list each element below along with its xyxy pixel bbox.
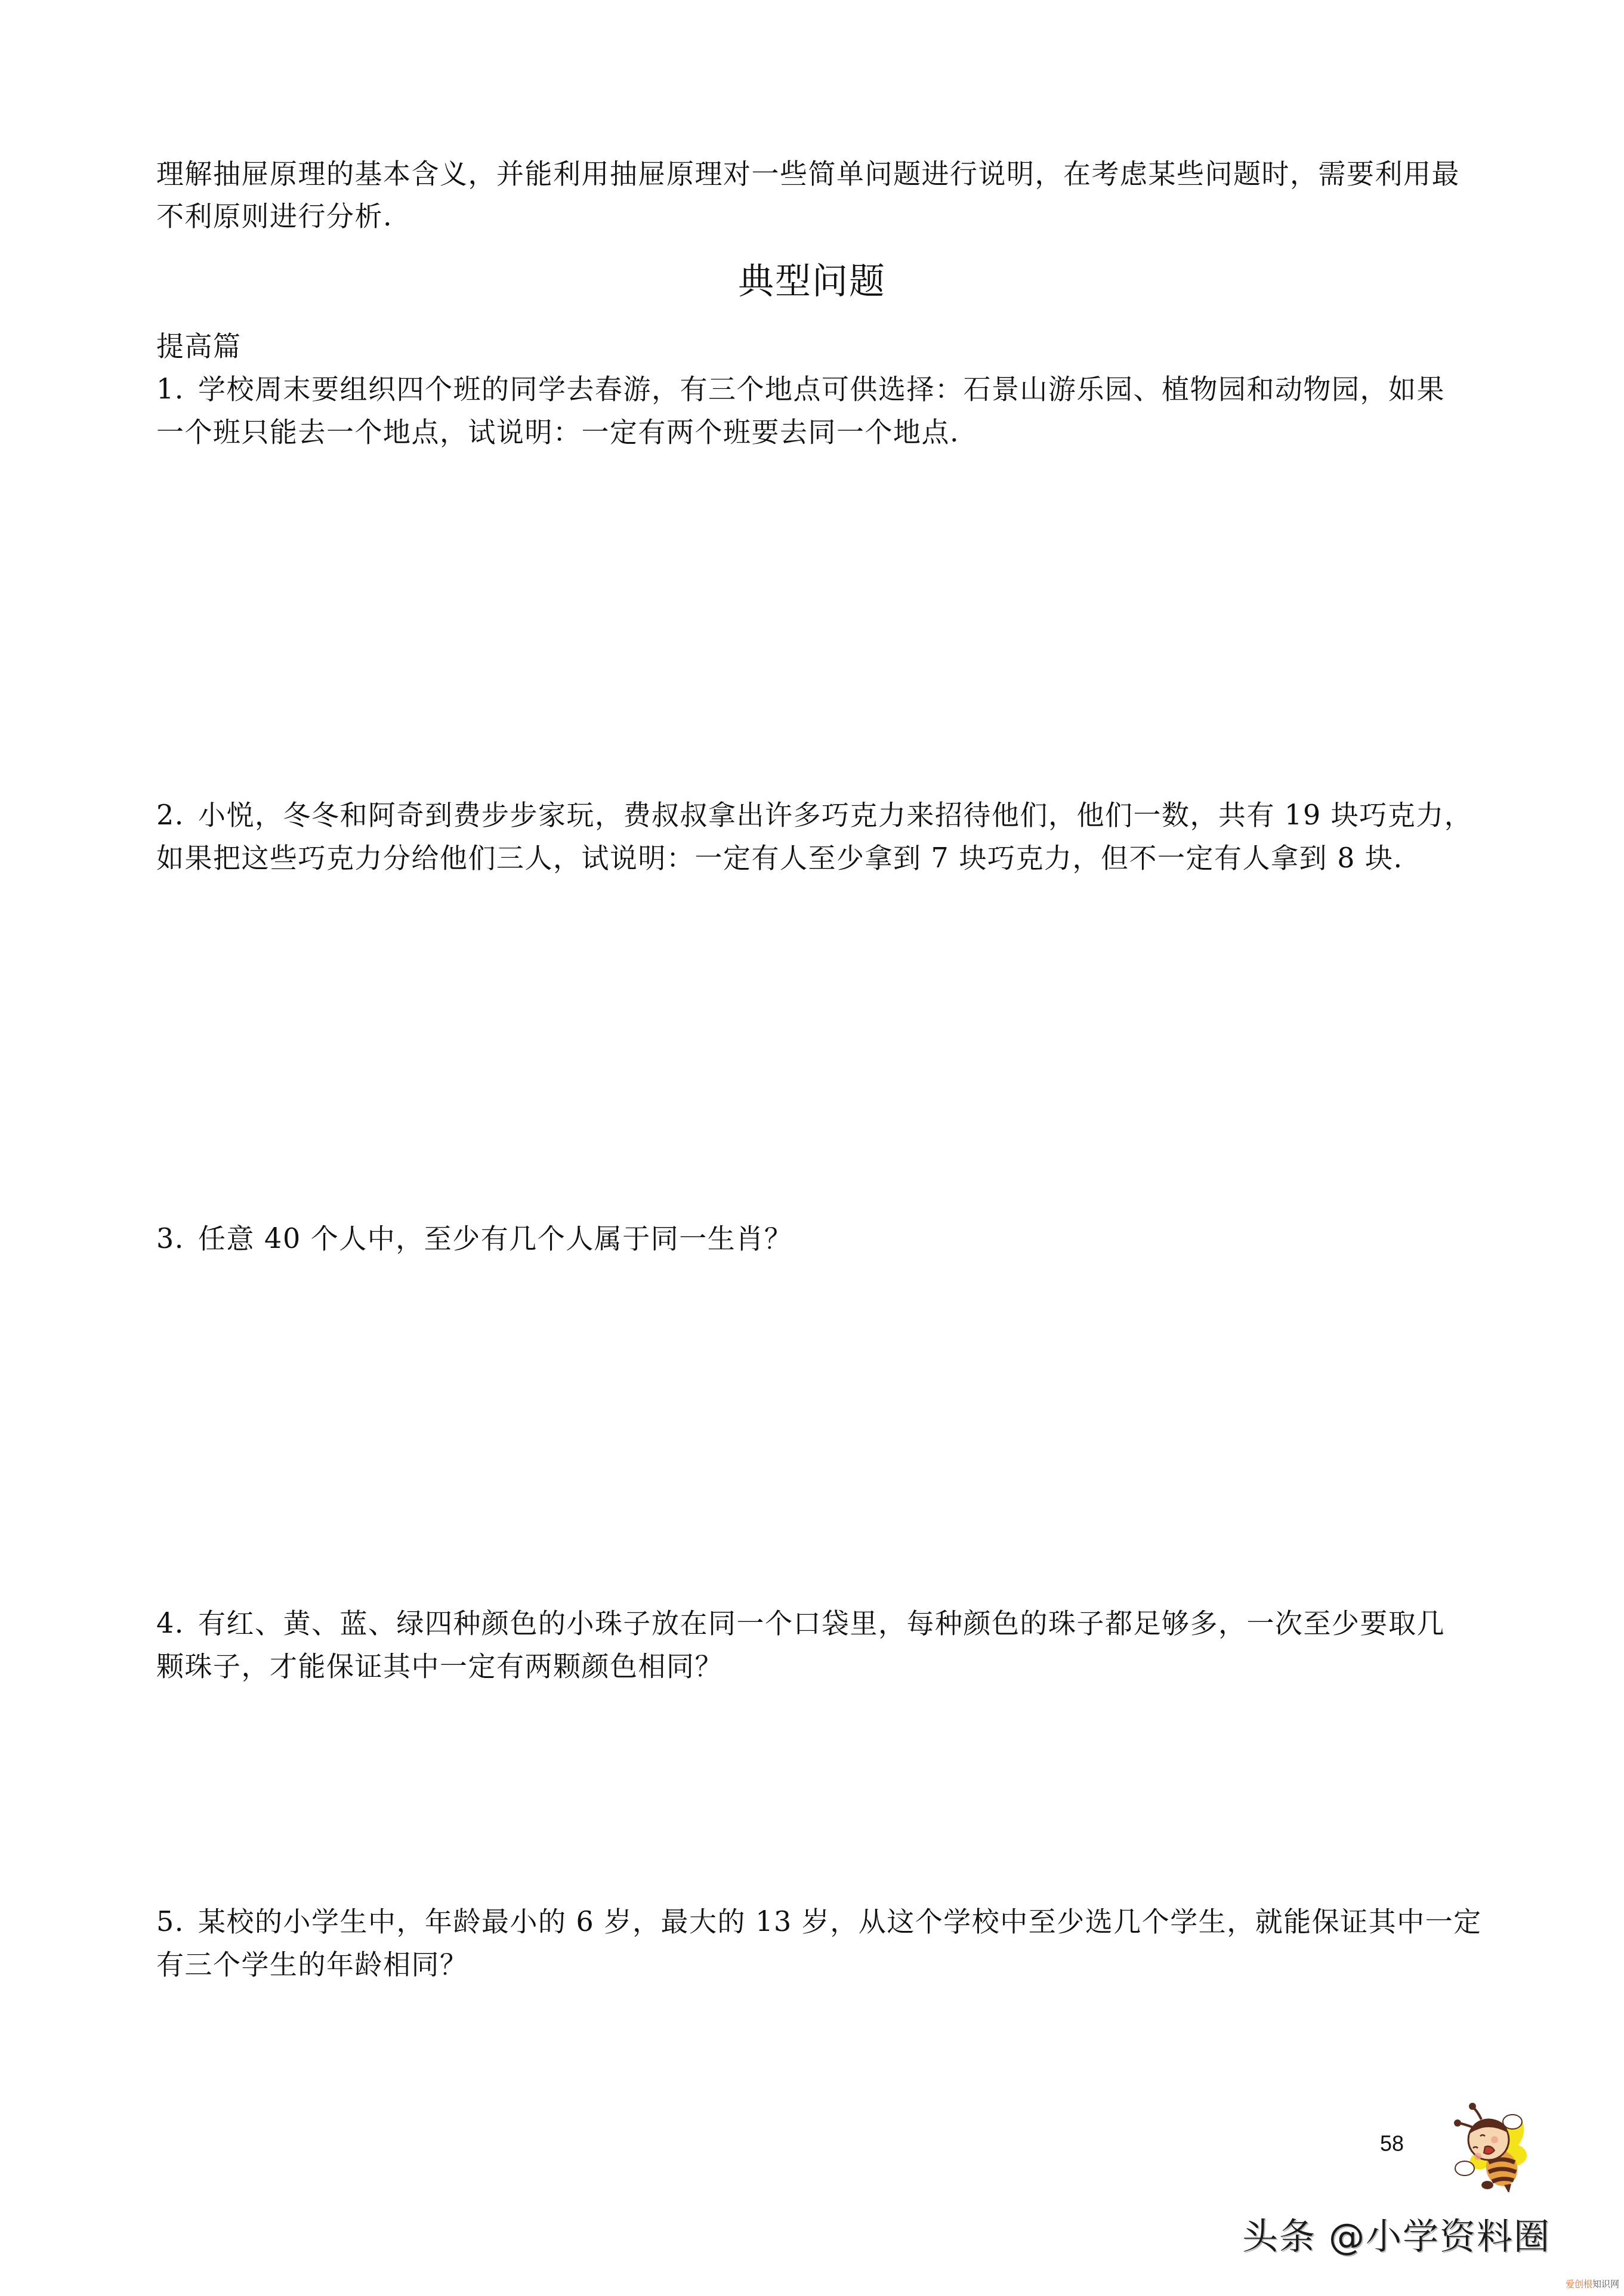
question-4-text: 有红、黄、蓝、绿四种颜色的小珠子放在同一个口袋里，每种颜色的珠子都足够多，一次至… <box>198 1607 1445 1639</box>
site-name: 知识网 <box>1592 2279 1619 2289</box>
question-2-text: 小悦，冬冬和阿奇到费步步家玩，费叔叔拿出许多巧克力来招待他们，他们一数，共有 1… <box>198 799 1472 831</box>
question-1-text: 学校周末要组织四个班的同学去春游，有三个地点可供选择：石景山游乐园、植物园和动物… <box>198 373 1445 405</box>
question-3-text: 任意 40 个人中，至少有几个人属于同一生肖？ <box>198 1222 792 1254</box>
question-1-number: 1. <box>156 372 198 406</box>
question-4-number: 4. <box>156 1606 198 1640</box>
question-5-number: 5. <box>156 1905 198 1938</box>
question-5-line-1: 5.某校的小学生中，年龄最小的 6 岁，最大的 13 岁，从这个学校中至少选几个… <box>156 1905 1482 1938</box>
question-2-line-1: 2.小悦，冬冬和阿奇到费步步家玩，费叔叔拿出许多巧克力来招待他们，他们一数，共有… <box>156 798 1472 832</box>
question-3-number: 3. <box>156 1222 198 1255</box>
question-4-line-2: 颗珠子，才能保证其中一定有两颗颜色相同？ <box>156 1649 723 1683</box>
question-5-text: 某校的小学生中，年龄最小的 6 岁，最大的 13 岁，从这个学校中至少选几个学生… <box>198 1905 1482 1937</box>
question-1-line-1: 1.学校周末要组织四个班的同学去春游，有三个地点可供选择：石景山游乐园、植物园和… <box>156 372 1445 406</box>
site-watermark: 爱创根知识网 <box>1566 2278 1619 2291</box>
question-2-line-2: 如果把这些巧克力分给他们三人，试说明：一定有人至少拿到 7 块巧克力，但不一定有… <box>156 841 1403 874</box>
question-2-number: 2. <box>156 798 198 832</box>
intro-line-2: 不利原则进行分析. <box>156 199 393 233</box>
watermark-text: 头条 @小学资料圈 <box>1242 2216 1551 2258</box>
question-3-line-1: 3.任意 40 个人中，至少有几个人属于同一生肖？ <box>156 1222 792 1255</box>
document-page: 理解抽屉原理的基本含义，并能利用抽屉原理对一些简单问题进行说明，在考虑某些问题时… <box>0 0 1624 2296</box>
intro-line-1: 理解抽屉原理的基本含义，并能利用抽屉原理对一些简单问题进行说明，在考虑某些问题时… <box>156 157 1460 190</box>
section-heading: 提高篇 <box>156 329 242 363</box>
site-brand: 爱创根 <box>1566 2279 1592 2289</box>
bee-mascot-icon <box>1447 2097 1536 2192</box>
page-title: 典型问题 <box>0 258 1624 305</box>
question-1-line-2: 一个班只能去一个地点，试说明：一定有两个班要去同一个地点. <box>156 415 959 449</box>
page-number: 58 <box>1380 2132 1404 2156</box>
question-5-line-2: 有三个学生的年龄相同？ <box>156 1948 468 1981</box>
question-4-line-1: 4.有红、黄、蓝、绿四种颜色的小珠子放在同一个口袋里，每种颜色的珠子都足够多，一… <box>156 1606 1445 1640</box>
